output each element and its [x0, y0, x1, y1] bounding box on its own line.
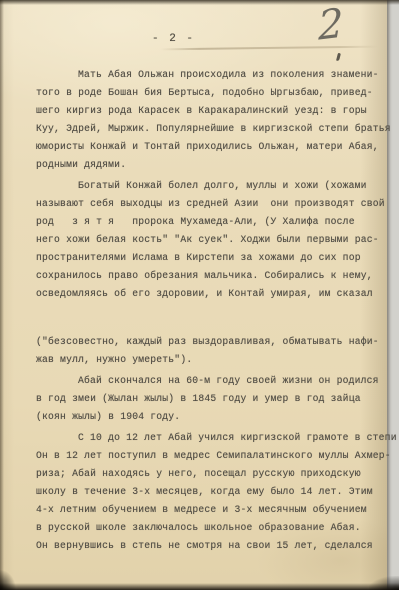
text-line: Богатый Конжай болел долго, муллы и хожи… [36, 177, 382, 195]
text-line: Куу, Эдрей, Мыржик. Популярнейшие в кирг… [36, 120, 382, 138]
text-line: родными дядями. [36, 156, 382, 174]
text-line: риза; Абай находясь у него, посещал русс… [36, 465, 382, 483]
text-line: пространителями Ислама в Кирстепи за хож… [36, 249, 382, 267]
text-line: Он в 12 лет поступил в медрес Семипалати… [36, 447, 382, 465]
text-line: Мать Абая Ольжан происходила из поколени… [36, 66, 382, 84]
page-number-typed: - 2 - [152, 33, 195, 45]
pencil-stroke [160, 46, 378, 51]
text-line: (коян жылы) в 1904 году. [36, 408, 382, 426]
text-line: сохранилось право обрезания мальчика. Со… [36, 267, 382, 285]
pencil-tick-mark [336, 53, 341, 61]
paper-sheet: - 2 - 2 Мать Абая Ольжан происходила из … [0, 0, 387, 590]
text-line: жав мулл, нужно умереть"). [36, 351, 382, 369]
text-line: того в роде Бошан бия Бертыса, подобно Ы… [36, 84, 382, 102]
paragraph: С 10 до 12 лет Абай учился киргизской гр… [36, 429, 382, 555]
paragraph: ("безсовестно, каждый раз выздоравливая,… [36, 333, 382, 369]
text-line: 4-х летним обучением в медресе и 3-х мес… [36, 501, 382, 519]
text-line: в русской школе заключалось школьное обр… [36, 519, 382, 537]
scan-edge-bottom [0, 583, 399, 590]
typed-text-body: Мать Абая Ольжан происходила из поколени… [36, 66, 382, 558]
scan-edge-left [0, 0, 4, 590]
text-line: называют себя выходцы из средней Азии он… [36, 195, 382, 213]
scan-edge-top [0, 0, 399, 5]
text-line: него хожи белая кость" "Ак суек". Ходжи … [36, 231, 382, 249]
paragraph: Богатый Конжай болел долго, муллы и хожи… [36, 177, 382, 303]
paragraph: Мать Абая Ольжан происходила из поколени… [36, 66, 382, 174]
text-line: род з я т я пророка Мухамеда-Али, (У Хал… [36, 213, 382, 231]
text-line: осведомляясь об его здоровии, и Контай у… [36, 285, 382, 303]
paragraph: Абай скончался на 60-м году своей жизни … [36, 372, 382, 426]
text-line: ("безсовестно, каждый раз выздоравливая,… [36, 333, 382, 351]
text-line: Абай скончался на 60-м году своей жизни … [36, 372, 382, 390]
text-line: школу в течение 3-х месяцев, когда ему б… [36, 483, 382, 501]
text-line: С 10 до 12 лет Абай учился киргизской гр… [36, 429, 382, 447]
scan-corner-bottom-right [369, 576, 399, 590]
scan-corner-bottom-left [0, 570, 16, 590]
page-number-handwritten: 2 [318, 0, 344, 49]
text-line: шего киргиз рода Карасек в Каракаралинск… [36, 102, 382, 120]
scanned-page: - 2 - 2 Мать Абая Ольжан происходила из … [0, 0, 399, 590]
text-line: Он вернувшись в степь не смотря на свои … [36, 537, 382, 555]
text-line: в год змеи (Жылан жылы) в 1845 году и ум… [36, 390, 382, 408]
text-line: юмористы Конжай и Тонтай приходились Оль… [36, 138, 382, 156]
